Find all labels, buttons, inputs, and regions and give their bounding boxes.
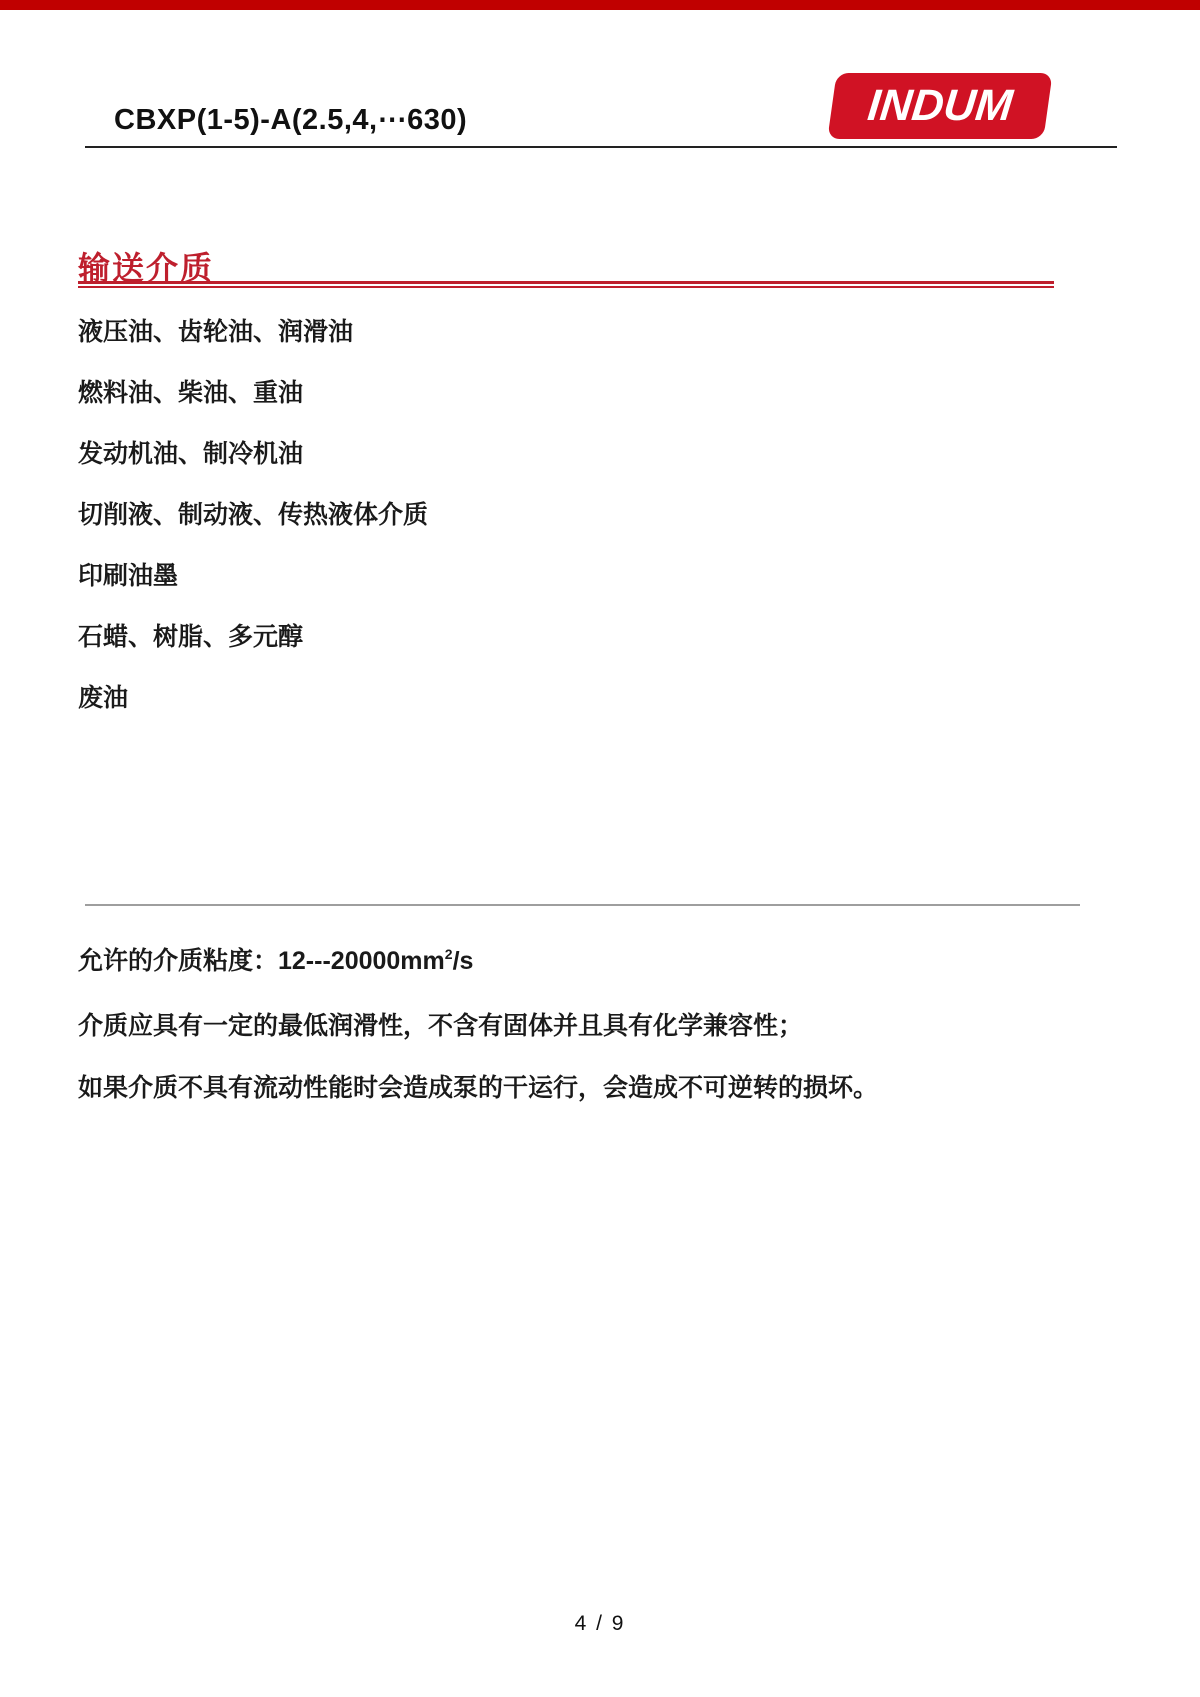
note-viscosity-text: 允许的介质粘度：12---20000mm <box>78 947 445 975</box>
media-list-item: 切削液、制动液、传热液体介质 <box>78 503 428 528</box>
header-model-code: CBXP(1-5)-A(2.5,4,⋯630) <box>114 102 467 137</box>
document-page: CBXP(1-5)-A(2.5,4,⋯630) INDUM 输送介质 液压油、齿… <box>0 0 1200 1697</box>
note-viscosity: 允许的介质粘度：12---20000mm2/s <box>78 948 473 978</box>
middle-divider-line <box>85 904 1080 906</box>
brand-logo: INDUM <box>827 73 1052 139</box>
media-list-item: 液压油、齿轮油、润滑油 <box>78 320 428 345</box>
media-list: 液压油、齿轮油、润滑油 燃料油、柴油、重油 发动机油、制冷机油 切削液、制动液、… <box>78 320 428 747</box>
media-list-item: 废油 <box>78 686 428 711</box>
media-list-item: 燃料油、柴油、重油 <box>78 381 428 406</box>
section-title-underline <box>78 281 1054 288</box>
media-list-item: 石蜡、树脂、多元醇 <box>78 625 428 650</box>
note-viscosity-unit: /s <box>453 947 474 975</box>
brand-logo-text: INDUM <box>865 81 1014 131</box>
page-top-red-bar <box>0 0 1200 10</box>
media-list-item: 发动机油、制冷机油 <box>78 442 428 467</box>
media-list-item: 印刷油墨 <box>78 564 428 589</box>
note-viscosity-superscript: 2 <box>445 946 453 962</box>
header-divider-line <box>85 146 1117 148</box>
note-dry-run-warning: 如果介质不具有流动性能时会造成泵的干运行，会造成不可逆转的损坏。 <box>78 1075 878 1102</box>
page-number: 4 / 9 <box>0 1612 1200 1636</box>
note-lubricity: 介质应具有一定的最低润滑性，不含有固体并且具有化学兼容性； <box>78 1013 803 1040</box>
